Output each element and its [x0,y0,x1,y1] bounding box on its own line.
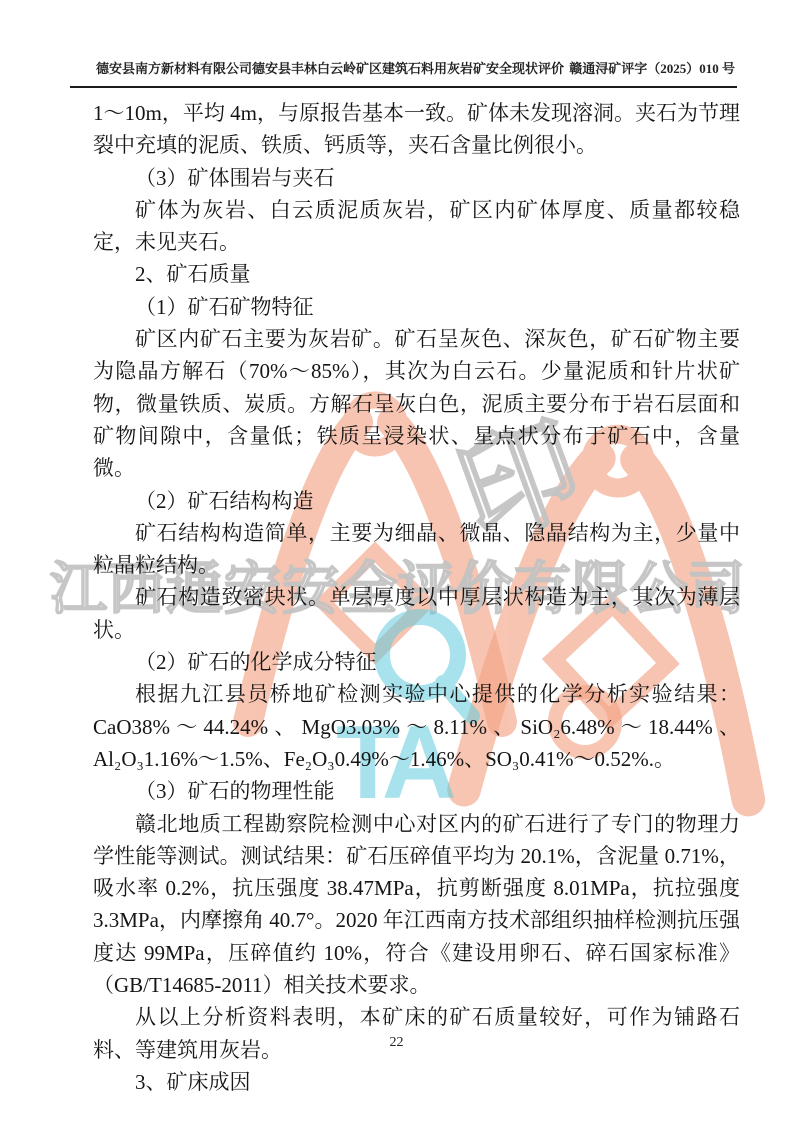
page-number: 22 [0,1035,793,1051]
paragraph: （2）矿石的化学成分特征 [93,646,740,678]
paragraph: （3）矿体围岩与夹石 [93,162,740,194]
paragraph: 赣北地质工程勘察院检测中心对区内的矿石进行了专门的物理力学性能等测试。测试结果：… [93,808,740,1002]
header-report-title: 德安县南方新材料有限公司德安县丰林白云岭矿区建筑石料用灰岩矿安全现状评价 [96,58,564,77]
document-page: 江西通安安全评价有限公司 印 TA 德安县南方新材料有限公司德安县丰林白云岭矿区… [0,0,793,1122]
paragraph: （3）矿石的物理性能 [93,775,740,807]
paragraph: 3、矿床成因 [93,1066,740,1098]
paragraph: 矿体为灰岩、白云质泥质灰岩，矿区内矿体厚度、质量都较稳定，未见夹石。 [93,194,740,259]
header-divider [70,86,737,88]
page-header: 德安县南方新材料有限公司德安县丰林白云岭矿区建筑石料用灰岩矿安全现状评价 赣通浔… [70,58,737,77]
paragraph: 矿石构造致密块状。单层厚度以中厚层状构造为主，其次为薄层状。 [93,581,740,646]
paragraph: （2）矿石结构构造 [93,485,740,517]
paragraph: 根据九江县员桥地矿检测实验中心提供的化学分析实验结果：CaO38%～44.24%… [93,678,740,775]
paragraph: （1）矿石矿物特征 [93,291,740,323]
body-text: 1～10m，平均 4m，与原报告基本一致。矿体未发现溶洞。夹石为节理裂中充填的泥… [93,97,740,1098]
paragraph: 1～10m，平均 4m，与原报告基本一致。矿体未发现溶洞。夹石为节理裂中充填的泥… [93,97,740,162]
paragraph: 从以上分析资料表明，本矿床的矿石质量较好，可作为铺路石料、等建筑用灰岩。 [93,1001,740,1066]
paragraph: 2、矿石质量 [93,258,740,290]
header-doc-number: 赣通浔矿评字（2025）010 号 [569,58,735,77]
paragraph: 矿区内矿石主要为灰岩矿。矿石呈灰色、深灰色，矿石矿物主要为隐晶方解石（70%～8… [93,323,740,484]
paragraph: 矿石结构构造简单，主要为细晶、微晶、隐晶结构为主，少量中粒晶粒结构。 [93,517,740,582]
